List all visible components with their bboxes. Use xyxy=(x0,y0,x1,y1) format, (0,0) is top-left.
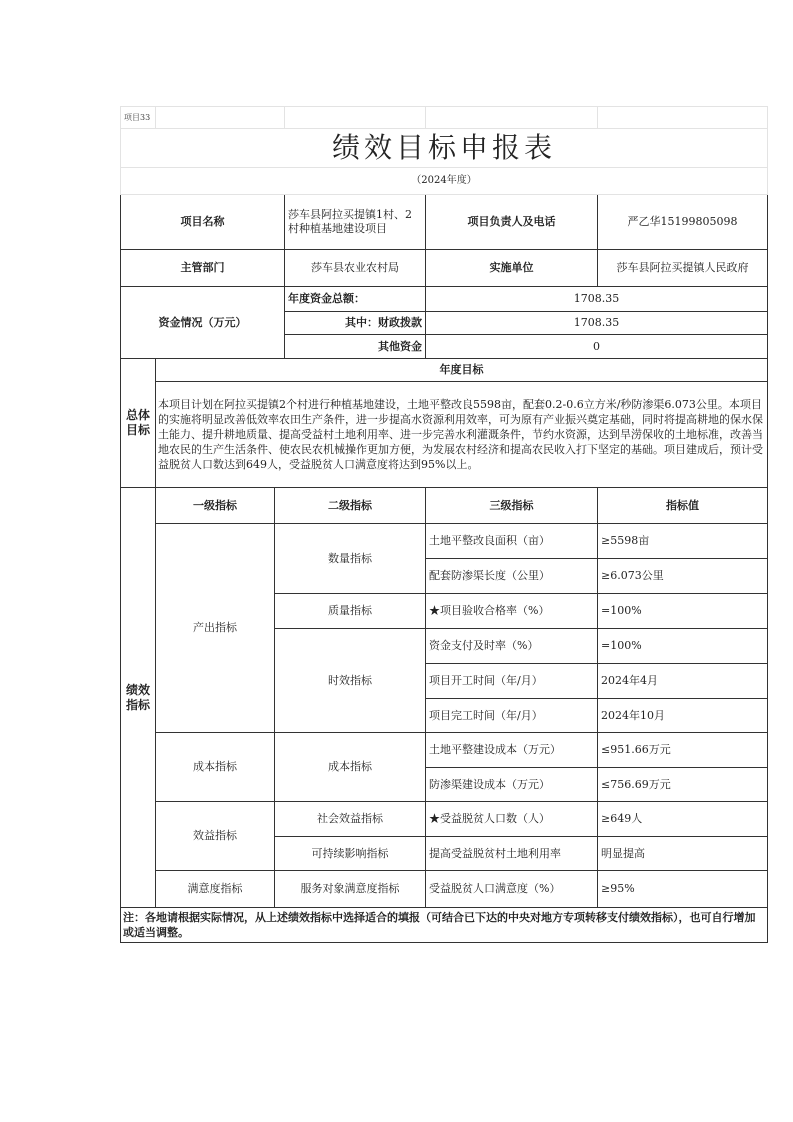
project-owner-label: 项目负责人及电话 xyxy=(426,195,598,250)
funding-fiscal-label: 其中：财政拨款 xyxy=(285,312,426,335)
indicator-name: 受益脱贫人口满意度（%） xyxy=(426,871,598,908)
indicator-value: ≥5598亩 xyxy=(598,524,768,559)
indicator-value: ≥6.073公里 xyxy=(598,559,768,594)
annual-goal-text: 本项目计划在阿拉买提镇2个村进行种植基地建设，土地平整改良5598亩，配套0.2… xyxy=(156,382,768,488)
indicator-name: ★受益脱贫人口数（人） xyxy=(426,802,598,837)
level2-quality: 质量指标 xyxy=(275,594,426,629)
indicator-name: 土地平整建设成本（万元） xyxy=(426,733,598,768)
level2-social-benefit: 社会效益指标 xyxy=(275,802,426,837)
level1-output: 产出指标 xyxy=(156,524,275,733)
project-name-label: 项目名称 xyxy=(121,195,285,250)
indicator-name: 防渗渠建设成本（万元） xyxy=(426,768,598,802)
header-level3: 三级指标 xyxy=(426,488,598,524)
funding-total-label: 年度资金总额： xyxy=(285,287,426,312)
empty-cell xyxy=(598,107,768,129)
performance-target-form: 项目33 绩效目标申报表 （2024年度） 项目名称 莎车县阿拉买提镇1村、2村… xyxy=(120,106,767,943)
header-level2: 二级指标 xyxy=(275,488,426,524)
level1-satisfaction: 满意度指标 xyxy=(156,871,275,908)
indicator-name: 项目完工时间（年/月） xyxy=(426,699,598,733)
indicator-name: 提高受益脱贫村土地利用率 xyxy=(426,837,598,871)
funding-other-value: 0 xyxy=(426,335,768,359)
form-title: 绩效目标申报表 xyxy=(121,129,768,168)
annual-goal-header: 年度目标 xyxy=(156,359,768,382)
indicator-name: ★项目验收合格率（%） xyxy=(426,594,598,629)
level1-cost: 成本指标 xyxy=(156,733,275,802)
funding-total-value: 1708.35 xyxy=(426,287,768,312)
funding-fiscal-value: 1708.35 xyxy=(426,312,768,335)
form-note: 注：各地请根据实际情况，从上述绩效指标中选择适合的填报（可结合已下达的中央对地方… xyxy=(121,908,768,943)
indicator-name: 配套防渗渠长度（公里） xyxy=(426,559,598,594)
overall-goal-label: 总体目标 xyxy=(121,359,156,488)
indicator-value: ≥95% xyxy=(598,871,768,908)
indicator-value: =100% xyxy=(598,594,768,629)
indicator-value: 2024年10月 xyxy=(598,699,768,733)
level2-timeliness: 时效指标 xyxy=(275,629,426,733)
indicator-value: 明显提高 xyxy=(598,837,768,871)
header-value: 指标值 xyxy=(598,488,768,524)
level2-quantity: 数量指标 xyxy=(275,524,426,594)
department-label: 主管部门 xyxy=(121,250,285,287)
level2-service-satisfaction: 服务对象满意度指标 xyxy=(275,871,426,908)
project-owner-value: 严乙华15199805098 xyxy=(598,195,768,250)
level2-sustainability: 可持续影响指标 xyxy=(275,837,426,871)
sheet-tag: 项目33 xyxy=(121,107,156,129)
project-name-value: 莎车县阿拉买提镇1村、2村种植基地建设项目 xyxy=(285,195,426,250)
empty-cell xyxy=(285,107,426,129)
form-year: （2024年度） xyxy=(121,168,768,195)
funding-label: 资金情况（万元） xyxy=(121,287,285,359)
indicator-name: 项目开工时间（年/月） xyxy=(426,664,598,699)
indicator-name: 资金支付及时率（%） xyxy=(426,629,598,664)
indicator-value: =100% xyxy=(598,629,768,664)
implementer-value: 莎车县阿拉买提镇人民政府 xyxy=(598,250,768,287)
empty-cell xyxy=(156,107,285,129)
indicator-value: ≤951.66万元 xyxy=(598,733,768,768)
funding-other-label: 其他资金 xyxy=(285,335,426,359)
indicator-value: 2024年4月 xyxy=(598,664,768,699)
department-value: 莎车县农业农村局 xyxy=(285,250,426,287)
level1-benefit: 效益指标 xyxy=(156,802,275,871)
indicator-name: 土地平整改良面积（亩） xyxy=(426,524,598,559)
header-level1: 一级指标 xyxy=(156,488,275,524)
indicator-value: ≥649人 xyxy=(598,802,768,837)
empty-cell xyxy=(426,107,598,129)
indicator-value: ≤756.69万元 xyxy=(598,768,768,802)
form-table: 项目33 绩效目标申报表 （2024年度） 项目名称 莎车县阿拉买提镇1村、2村… xyxy=(120,106,768,943)
level2-cost: 成本指标 xyxy=(275,733,426,802)
implementer-label: 实施单位 xyxy=(426,250,598,287)
indicators-label: 绩效指标 xyxy=(121,488,156,908)
